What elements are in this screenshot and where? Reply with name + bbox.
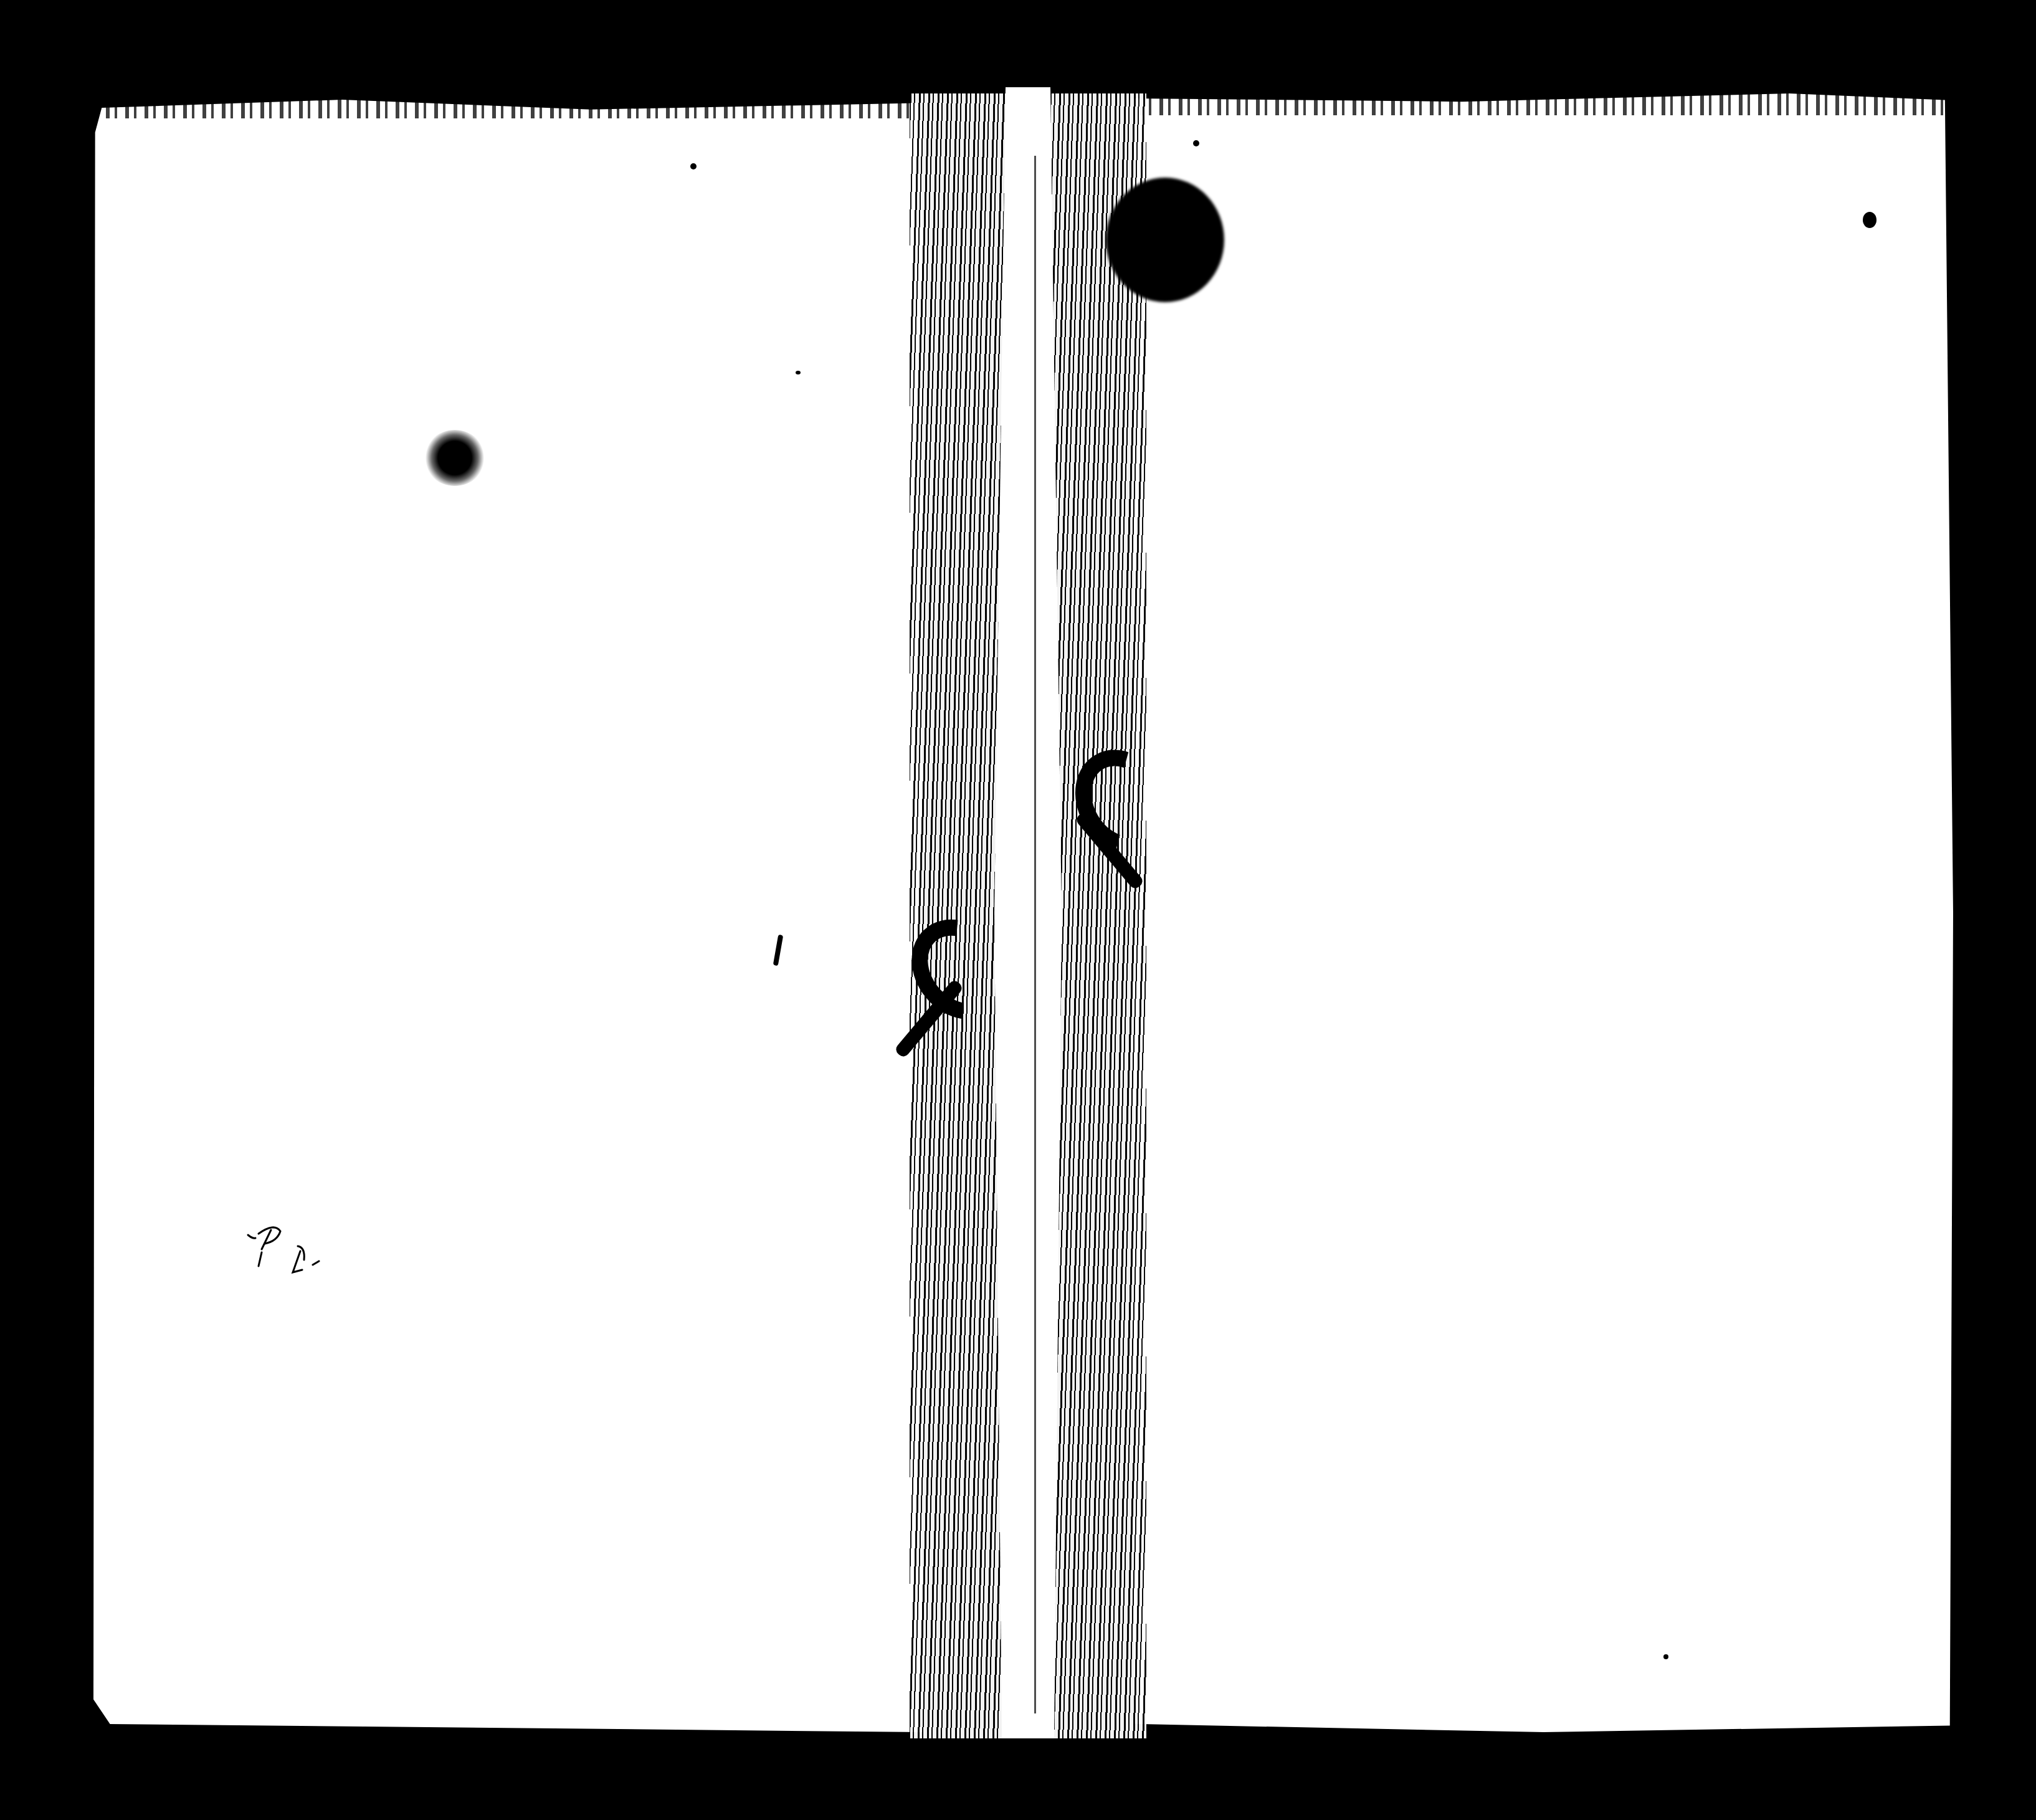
grey-spot-stain (424, 430, 486, 486)
left-page-top-edge-wear (106, 93, 910, 118)
right-page (1134, 93, 1953, 1732)
left-page (93, 100, 922, 1732)
right-page-top-edge-wear (1140, 90, 1944, 115)
handwritten-mark (243, 1221, 336, 1277)
spine-crease-line (1034, 156, 1036, 1713)
speck (1863, 212, 1877, 228)
speck (1193, 140, 1199, 146)
ink-blot-stain (1106, 178, 1224, 302)
speck (1663, 1654, 1668, 1659)
speck (690, 163, 697, 169)
speck (796, 371, 801, 374)
